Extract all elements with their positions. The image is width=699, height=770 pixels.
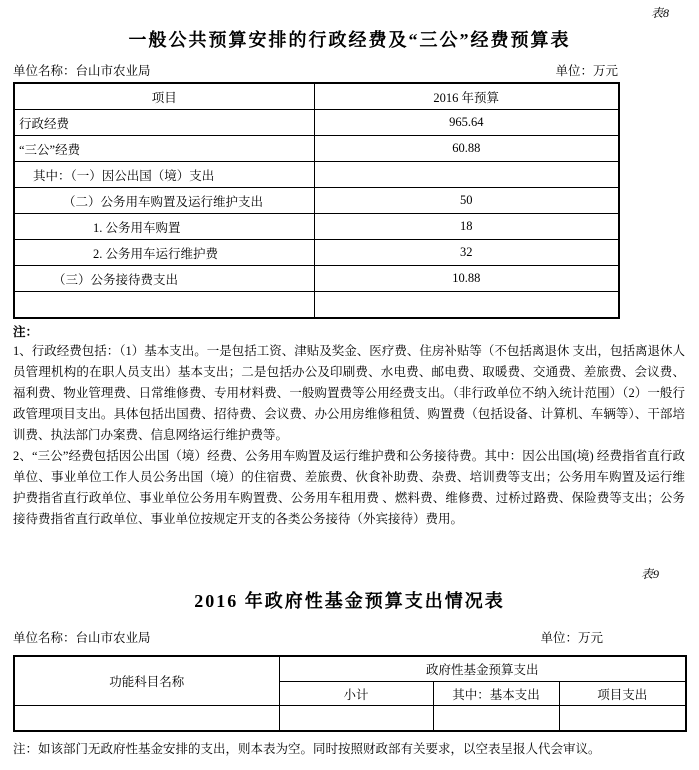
row-value: 10.88	[314, 266, 619, 292]
row-value: 18	[314, 214, 619, 240]
table8-header-item: 项目	[14, 83, 314, 110]
table-row: 1. 公务用车购置 18	[14, 214, 619, 240]
row-value: 32	[314, 240, 619, 266]
row-function-name	[14, 706, 279, 732]
table-row: “三公”经费 60.88	[14, 136, 619, 162]
row-label: 2. 公务用车运行维护费	[14, 240, 314, 266]
table9-header-project: 项目支出	[559, 682, 686, 706]
budget-document-page: 表8 一般公共预算安排的行政经费及“三公”经费预算表 单位名称：台山市农业局 单…	[0, 0, 699, 770]
row-label: 行政经费	[14, 110, 314, 136]
table-row: （二）公务用车购置及运行维护支出 50	[14, 188, 619, 214]
row-label: “三公”经费	[14, 136, 314, 162]
table9-tag: 表9	[0, 530, 699, 582]
table9-header-group: 政府性基金预算支出	[279, 656, 686, 682]
row-label: 其中：（一）因公出国（境）支出	[14, 162, 314, 188]
table8-header-row: 项目 2016 年预算	[14, 83, 619, 110]
table8-header-budget: 2016 年预算	[314, 83, 619, 110]
table-row: （三）公务接待费支出 10.88	[14, 266, 619, 292]
table9-header-function: 功能科目名称	[14, 656, 279, 706]
table8-tag: 表8	[0, 0, 699, 21]
table9-note: 注：如该部门无政府性基金安排的支出，则本表为空。同时按照财政部有关要求，以空表呈…	[13, 740, 685, 758]
table9-meta-row: 单位名称：台山市农业局 单位：万元	[13, 630, 603, 646]
table9-title: 2016 年政府性基金预算支出情况表	[0, 590, 699, 612]
table9: 功能科目名称 政府性基金预算支出 小计 其中：基本支出 项目支出	[13, 655, 687, 732]
row-value: 60.88	[314, 136, 619, 162]
row-value	[314, 162, 619, 188]
table8: 项目 2016 年预算 行政经费 965.64 “三公”经费 60.88 其中：…	[13, 82, 620, 319]
table9-unit-name-label: 单位名称：台山市农业局	[13, 630, 151, 646]
row-value: 965.64	[314, 110, 619, 136]
table-row: 2. 公务用车运行维护费 32	[14, 240, 619, 266]
table9-header-subtotal: 小计	[279, 682, 433, 706]
table8-unit-label: 单位：万元	[555, 63, 618, 79]
row-label: （三）公务接待费支出	[14, 266, 314, 292]
row-label: 1. 公务用车购置	[14, 214, 314, 240]
row-project	[559, 706, 686, 732]
table8-notes: 注： 1、行政经费包括：（1）基本支出。一是包括工资、津贴及奖金、医疗费、住房补…	[13, 323, 685, 530]
row-label: （二）公务用车购置及运行维护支出	[14, 188, 314, 214]
table-row	[14, 706, 686, 732]
table-row	[14, 292, 619, 319]
note-1: 1、行政经费包括：（1）基本支出。一是包括工资、津贴及奖金、医疗费、住房补贴等（…	[13, 341, 685, 446]
table-row: 行政经费 965.64	[14, 110, 619, 136]
note-2: 2、“三公”经费包括因公出国（境）经费、公务用车购置及运行维护费和公务接待费。其…	[13, 446, 685, 530]
table-row: 其中：（一）因公出国（境）支出	[14, 162, 619, 188]
row-label	[14, 292, 314, 319]
row-subtotal	[279, 706, 433, 732]
table8-unit-name-label: 单位名称：台山市农业局	[13, 63, 151, 79]
table8-title: 一般公共预算安排的行政经费及“三公”经费预算表	[0, 29, 699, 51]
table9-unit-label: 单位：万元	[540, 630, 603, 646]
row-value	[314, 292, 619, 319]
table8-meta-row: 单位名称：台山市农业局 单位：万元	[13, 63, 618, 79]
row-value: 50	[314, 188, 619, 214]
table9-header-basic: 其中：基本支出	[433, 682, 559, 706]
table9-header-row-1: 功能科目名称 政府性基金预算支出	[14, 656, 686, 682]
row-basic	[433, 706, 559, 732]
notes-heading: 注：	[13, 323, 685, 341]
